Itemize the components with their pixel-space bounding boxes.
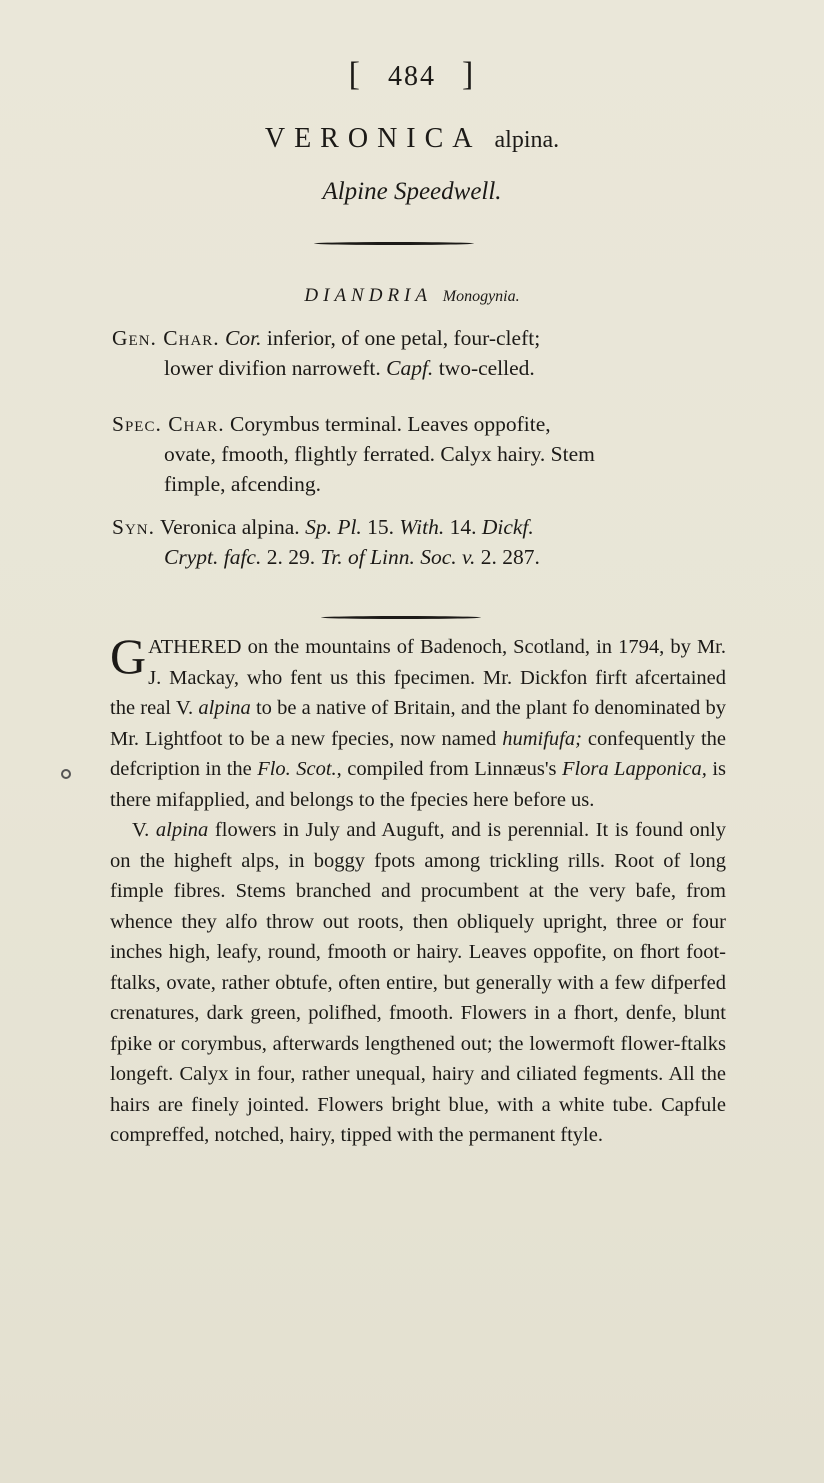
gen-char-text-2: lower divifion narroweft.: [164, 356, 386, 380]
order-name: Monogynia.: [443, 288, 520, 305]
bracket-close: ]: [462, 56, 475, 93]
lead-word: ATHERED: [148, 636, 241, 658]
bracket-open: [: [349, 56, 362, 93]
margin-speck: [61, 769, 71, 779]
description-body: GATHERED on the mountains of Badenoch, S…: [110, 632, 726, 1151]
class-name: DIANDRIA: [304, 285, 432, 306]
spec-char-text-3: fimple, afcending.: [112, 469, 724, 499]
syn-ref: With.: [399, 515, 444, 539]
generic-character: Gen. Char. Cor. inferior, of one petal, …: [112, 323, 724, 383]
italic-run: alpina: [198, 697, 250, 719]
italic-run: humifufa;: [502, 728, 582, 750]
common-name: Alpine Speedwell.: [0, 178, 824, 206]
page-title: VERONICA alpina.: [0, 123, 824, 155]
syn-ref: Dickf.: [482, 515, 534, 539]
italic-run: alpina: [156, 819, 208, 841]
syn-ref: Crypt. fafc.: [164, 545, 261, 569]
paragraph-2: V. alpina flowers in July and Auguft, an…: [110, 815, 726, 1151]
paragraph-1: GATHERED on the mountains of Badenoch, S…: [110, 632, 726, 815]
gen-char-text: inferior, of one petal, four-cleft;: [262, 326, 541, 350]
syn-ref-num: 15.: [362, 515, 400, 539]
syn-ref-num: 2. 29.: [261, 545, 320, 569]
book-page: [484] VERONICA alpina. Alpine Speedwell.…: [0, 0, 824, 1483]
genus-name: VERONICA: [265, 123, 482, 154]
specific-character: Spec. Char. Corymbus terminal. Leaves op…: [112, 409, 724, 499]
gen-char-text-3: two-celled.: [433, 356, 535, 380]
gen-char-italic: Cor.: [225, 326, 261, 350]
syn-ref: Sp. Pl.: [305, 515, 362, 539]
text-run: flowers in July and Auguft, and is peren…: [110, 819, 726, 1146]
text-run: V.: [132, 819, 156, 841]
syn-continuation: Crypt. fafc. 2. 29. Tr. of Linn. Soc. v.…: [112, 542, 724, 572]
page-number-value: 484: [388, 61, 436, 92]
species-name: alpina.: [495, 127, 560, 153]
spec-char-text: Corymbus terminal. Leaves oppofite,: [225, 412, 551, 436]
gen-char-italic-2: Capf.: [386, 356, 433, 380]
synonymy: Syn. Veronica alpina. Sp. Pl. 15. With. …: [112, 512, 724, 572]
italic-run: Flo. Scot.: [257, 758, 336, 780]
spec-char-text-2: ovate, fmooth, flightly ferrated. Calyx …: [112, 439, 724, 469]
gen-char-continuation: lower divifion narroweft. Capf. two-cell…: [112, 353, 724, 383]
gen-char-label: Gen. Char.: [112, 326, 220, 350]
syn-text: Veronica alpina.: [155, 515, 305, 539]
page-number: [484]: [0, 56, 824, 94]
syn-label: Syn.: [112, 515, 155, 539]
syn-ref-num: 2. 287.: [475, 545, 540, 569]
syn-ref: Tr. of Linn. Soc. v.: [320, 545, 475, 569]
linnaean-class: DIANDRIA Monogynia.: [0, 285, 824, 307]
italic-run: Flora Lapponica,: [562, 758, 707, 780]
divider-rule: [314, 242, 474, 245]
text-run: , compiled from Linnæus's: [337, 758, 562, 780]
drop-cap: G: [110, 636, 146, 676]
spec-char-label: Spec. Char.: [112, 412, 225, 436]
syn-ref-num: 14.: [444, 515, 482, 539]
divider-rule: [321, 616, 481, 619]
